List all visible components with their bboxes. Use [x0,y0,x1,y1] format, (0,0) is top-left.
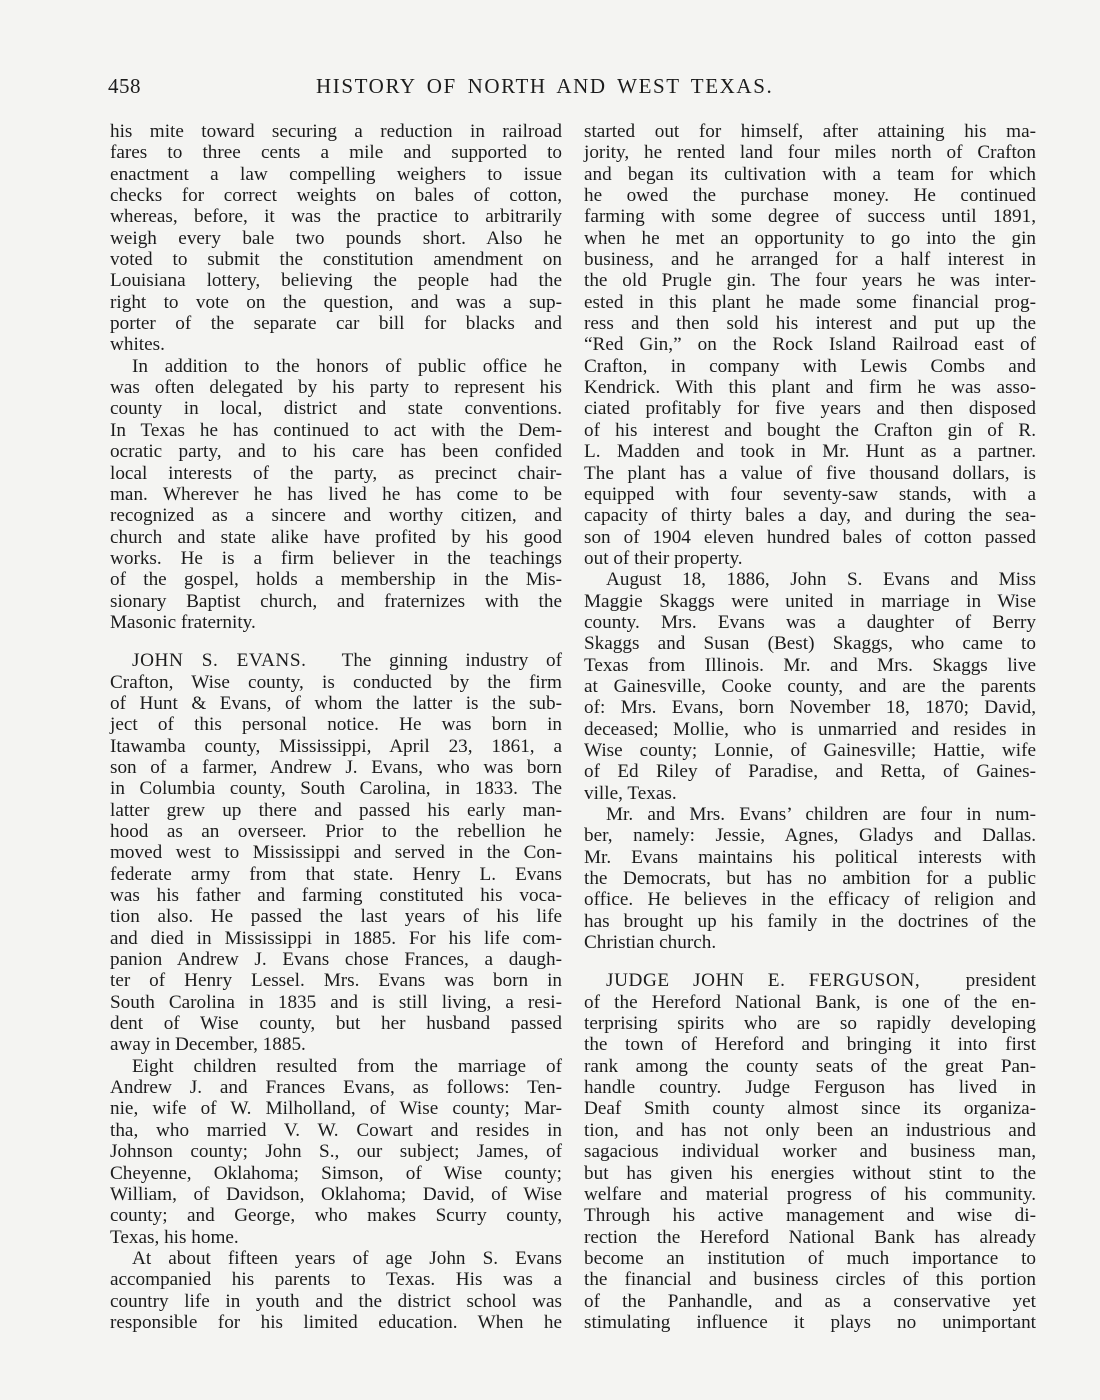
text-line: weigh every bale two pounds short. Also … [110,228,562,249]
text-line: but has given his energies without stint… [584,1163,1036,1184]
text-line: capacity of thirty bales a day, and duri… [584,505,1036,526]
text-line: the town of Hereford and bringing it int… [584,1034,1036,1055]
text-line: of the Panhandle, and as a conservative … [584,1291,1036,1312]
text-line: was his father and farming constituted h… [110,885,562,906]
text-line: the Democrats, but has no ambition for a… [584,868,1036,889]
text-line: at Gainesville, Cooke county, and are th… [584,676,1036,697]
text-line: Through his active management and wise d… [584,1205,1036,1226]
text-line-content: president [966,970,1036,991]
text-line: handle country. Judge Ferguson has lived… [584,1077,1036,1098]
paragraph-children: Mr. and Mrs. Evans’ children are four in… [584,804,1036,953]
text-line: fares to three cents a mile and supporte… [110,142,562,163]
text-line: Texas, his home. [110,1227,562,1248]
text-line: recognized as a sincere and worthy citiz… [110,505,562,526]
page-number: 458 [108,74,141,99]
text-line: moved west to Mississippi and served in … [110,842,562,863]
text-line: tion, and has not only been an industrio… [584,1120,1036,1141]
paragraph-marriage: August 18, 1886, John S. Evans and Miss … [584,569,1036,804]
text-line: panion Andrew J. Evans chose Frances, a … [110,949,562,970]
text-line: Louisiana lottery, believing the people … [110,270,562,291]
text-line: responsible for his limited education. W… [110,1312,562,1333]
text-line: In Texas he has continued to act with th… [110,420,562,441]
text-line: Cheyenne, Oklahoma; Simson, of Wise coun… [110,1163,562,1184]
text-line: hood as an overseer. Prior to the rebell… [110,821,562,842]
text-line: equipped with four seventy-saw stands, w… [584,484,1036,505]
text-line: Maggie Skaggs were united in marriage in… [584,591,1036,612]
text-line: tha, who married V. W. Cowart and reside… [110,1120,562,1141]
text-line: The plant has a value of five thousand d… [584,463,1036,484]
text-line: porter of the separate car bill for blac… [110,313,562,334]
text-line: county in local, district and state conv… [110,398,562,419]
text-line: become an institution of much importance… [584,1248,1036,1269]
running-head: HISTORY OF NORTH AND WEST TEXAS. [316,74,773,99]
text-line: right to vote on the question, and was a… [110,292,562,313]
biography-heading: JUDGE JOHN E. FERGUSON, [606,970,920,991]
text-line: church and state alike have profited by … [110,527,562,548]
paragraph-youth: At about fifteen years of age John S. Ev… [110,1248,562,1333]
text-line: ocratic party, and to his care has been … [110,441,562,462]
section-gap [110,633,562,650]
text-line: ter of Henry Lessel. Mrs. Evans was born… [110,970,562,991]
text-line: nie, wife of W. Milholland, of Wise coun… [110,1098,562,1119]
text-line: Kendrick. With this plant and firm he wa… [584,377,1036,398]
text-line: Crafton, in company with Lewis Combs and [584,356,1036,377]
text-line: Andrew J. and Frances Evans, as follows:… [110,1077,562,1098]
text-line: ested in this plant he made some financi… [584,292,1036,313]
paragraph-gin-business: started out for himself, after attaining… [584,121,1036,569]
text-line: has brought up his family in the doctrin… [584,911,1036,932]
text-line: ville, Texas. [584,783,1036,804]
text-line: August 18, 1886, John S. Evans and Miss [584,569,1036,590]
biography-heading: JOHN S. EVANS. [132,650,307,671]
page-header: 458 HISTORY OF NORTH AND WEST TEXAS. [108,72,1038,102]
text-line: when he met an opportunity to go into th… [584,228,1036,249]
text-line: son of a farmer, Andrew J. Evans, who wa… [110,757,562,778]
text-line: stimulating influence it plays no unimpo… [584,1312,1036,1333]
text-line: farming with some degree of success unti… [584,206,1036,227]
biography-john-e-ferguson: JUDGE JOHN E. FERGUSON, president of the… [584,970,1036,1333]
text-line: South Carolina in 1835 and is still livi… [110,992,562,1013]
text-line: office. He believes in the efficacy of r… [584,889,1036,910]
paragraph-political-record: his mite toward securing a reduction in … [110,121,562,356]
text-line: federate army from that state. Henry L. … [110,864,562,885]
text-line: tion also. He passed the last years of h… [110,906,562,927]
text-line: sagacious individual worker and business… [584,1141,1036,1162]
text-line: Deaf Smith county almost since its organ… [584,1098,1036,1119]
text-line: voted to submit the constitution amendme… [110,249,562,270]
text-line: of the gospel, holds a membership in the… [110,569,562,590]
text-line: county; and George, who makes Scurry cou… [110,1205,562,1226]
text-line: Itawamba county, Mississippi, April 23, … [110,736,562,757]
text-line: Christian church. [584,932,1036,953]
text-line: William, of Davidson, Oklahoma; David, o… [110,1184,562,1205]
text-line: JOHN S. EVANS. The ginning industry of [110,650,562,671]
text-line: Johnson county; John S., our subject; Ja… [110,1141,562,1162]
text-line: whereas, before, it was the practice to … [110,206,562,227]
text-line: Texas from Illinois. Mr. and Mrs. Skaggs… [584,655,1036,676]
text-line: county. Mrs. Evans was a daughter of Ber… [584,612,1036,633]
text-line: the financial and business circles of th… [584,1269,1036,1290]
text-line: In addition to the honors of public offi… [110,356,562,377]
biography-john-s-evans: JOHN S. EVANS. The ginning industry of C… [110,650,562,1056]
text-line: ciated profitably for five years and the… [584,398,1036,419]
text-line: son of 1904 eleven hundred bales of cott… [584,527,1036,548]
text-line: of the Hereford National Bank, is one of… [584,992,1036,1013]
text-line: works. He is a firm believer in the teac… [110,548,562,569]
text-line: enactment a law compelling weighers to i… [110,164,562,185]
text-line: dent of Wise county, but her husband pas… [110,1013,562,1034]
text-line: was often delegated by his party to repr… [110,377,562,398]
text-line: checks for correct weights on bales of c… [110,185,562,206]
right-column: started out for himself, after attaining… [584,121,1036,1333]
text-line: welfare and material progress of his com… [584,1184,1036,1205]
text-line: out of their property. [584,548,1036,569]
text-line: and began its cultivation with a team fo… [584,164,1036,185]
text-line: business, and he arranged for a half int… [584,249,1036,270]
text-line: JUDGE JOHN E. FERGUSON, president [584,970,1036,991]
text-line: whites. [110,334,562,355]
paragraph-public-office: In addition to the honors of public offi… [110,356,562,633]
text-line: latter grew up there and passed his earl… [110,800,562,821]
text-line: L. Madden and took in Mr. Hunt as a part… [584,441,1036,462]
text-line: At about fifteen years of age John S. Ev… [110,1248,562,1269]
text-line: rection the Hereford National Bank has a… [584,1227,1036,1248]
text-line: started out for himself, after attaining… [584,121,1036,142]
text-line: ject of this personal notice. He was bor… [110,714,562,735]
text-line: he owed the purchase money. He continued [584,185,1036,206]
text-line: man. Wherever he has lived he has come t… [110,484,562,505]
text-line: Eight children resulted from the marriag… [110,1056,562,1077]
text-line: Wise county; Lonnie, of Gainesville; Hat… [584,740,1036,761]
text-line: in Columbia county, South Carolina, in 1… [110,778,562,799]
text-line: Mr. and Mrs. Evans’ children are four in… [584,804,1036,825]
text-line: deceased; Mollie, who is unmarried and r… [584,719,1036,740]
text-line: of his interest and bought the Crafton g… [584,420,1036,441]
text-line: “Red Gin,” on the Rock Island Railroad e… [584,334,1036,355]
paragraph-eight-children: Eight children resulted from the marriag… [110,1056,562,1248]
text-line: and died in Mississippi in 1885. For his… [110,928,562,949]
text-line: terprising spirits who are so rapidly de… [584,1013,1036,1034]
text-line: sionary Baptist church, and fraternizes … [110,591,562,612]
text-line: of: Mrs. Evans, born November 18, 1870; … [584,697,1036,718]
text-line: rank among the county seats of the great… [584,1056,1036,1077]
text-line: Mr. Evans maintains his political intere… [584,847,1036,868]
text-line: of Hunt & Evans, of whom the latter is t… [110,693,562,714]
text-line: of Ed Riley of Paradise, and Retta, of G… [584,761,1036,782]
text-line: country life in youth and the district s… [110,1291,562,1312]
text-line: away in December, 1885. [110,1034,562,1055]
text-line: local interests of the party, as precinc… [110,463,562,484]
text-line: ress and then sold his interest and put … [584,313,1036,334]
text-line: his mite toward securing a reduction in … [110,121,562,142]
text-line: the old Prugle gin. The four years he wa… [584,270,1036,291]
text-line: Crafton, Wise county, is conducted by th… [110,672,562,693]
text-line: ber, namely: Jessie, Agnes, Gladys and D… [584,825,1036,846]
text-line: Skaggs and Susan (Best) Skaggs, who came… [584,633,1036,654]
text-line: accompanied his parents to Texas. His wa… [110,1269,562,1290]
text-line-content: The ginning industry of [342,650,562,671]
text-line: Masonic fraternity. [110,612,562,633]
section-gap [584,953,1036,970]
text-line: jority, he rented land four miles north … [584,142,1036,163]
left-column: his mite toward securing a reduction in … [110,121,562,1333]
